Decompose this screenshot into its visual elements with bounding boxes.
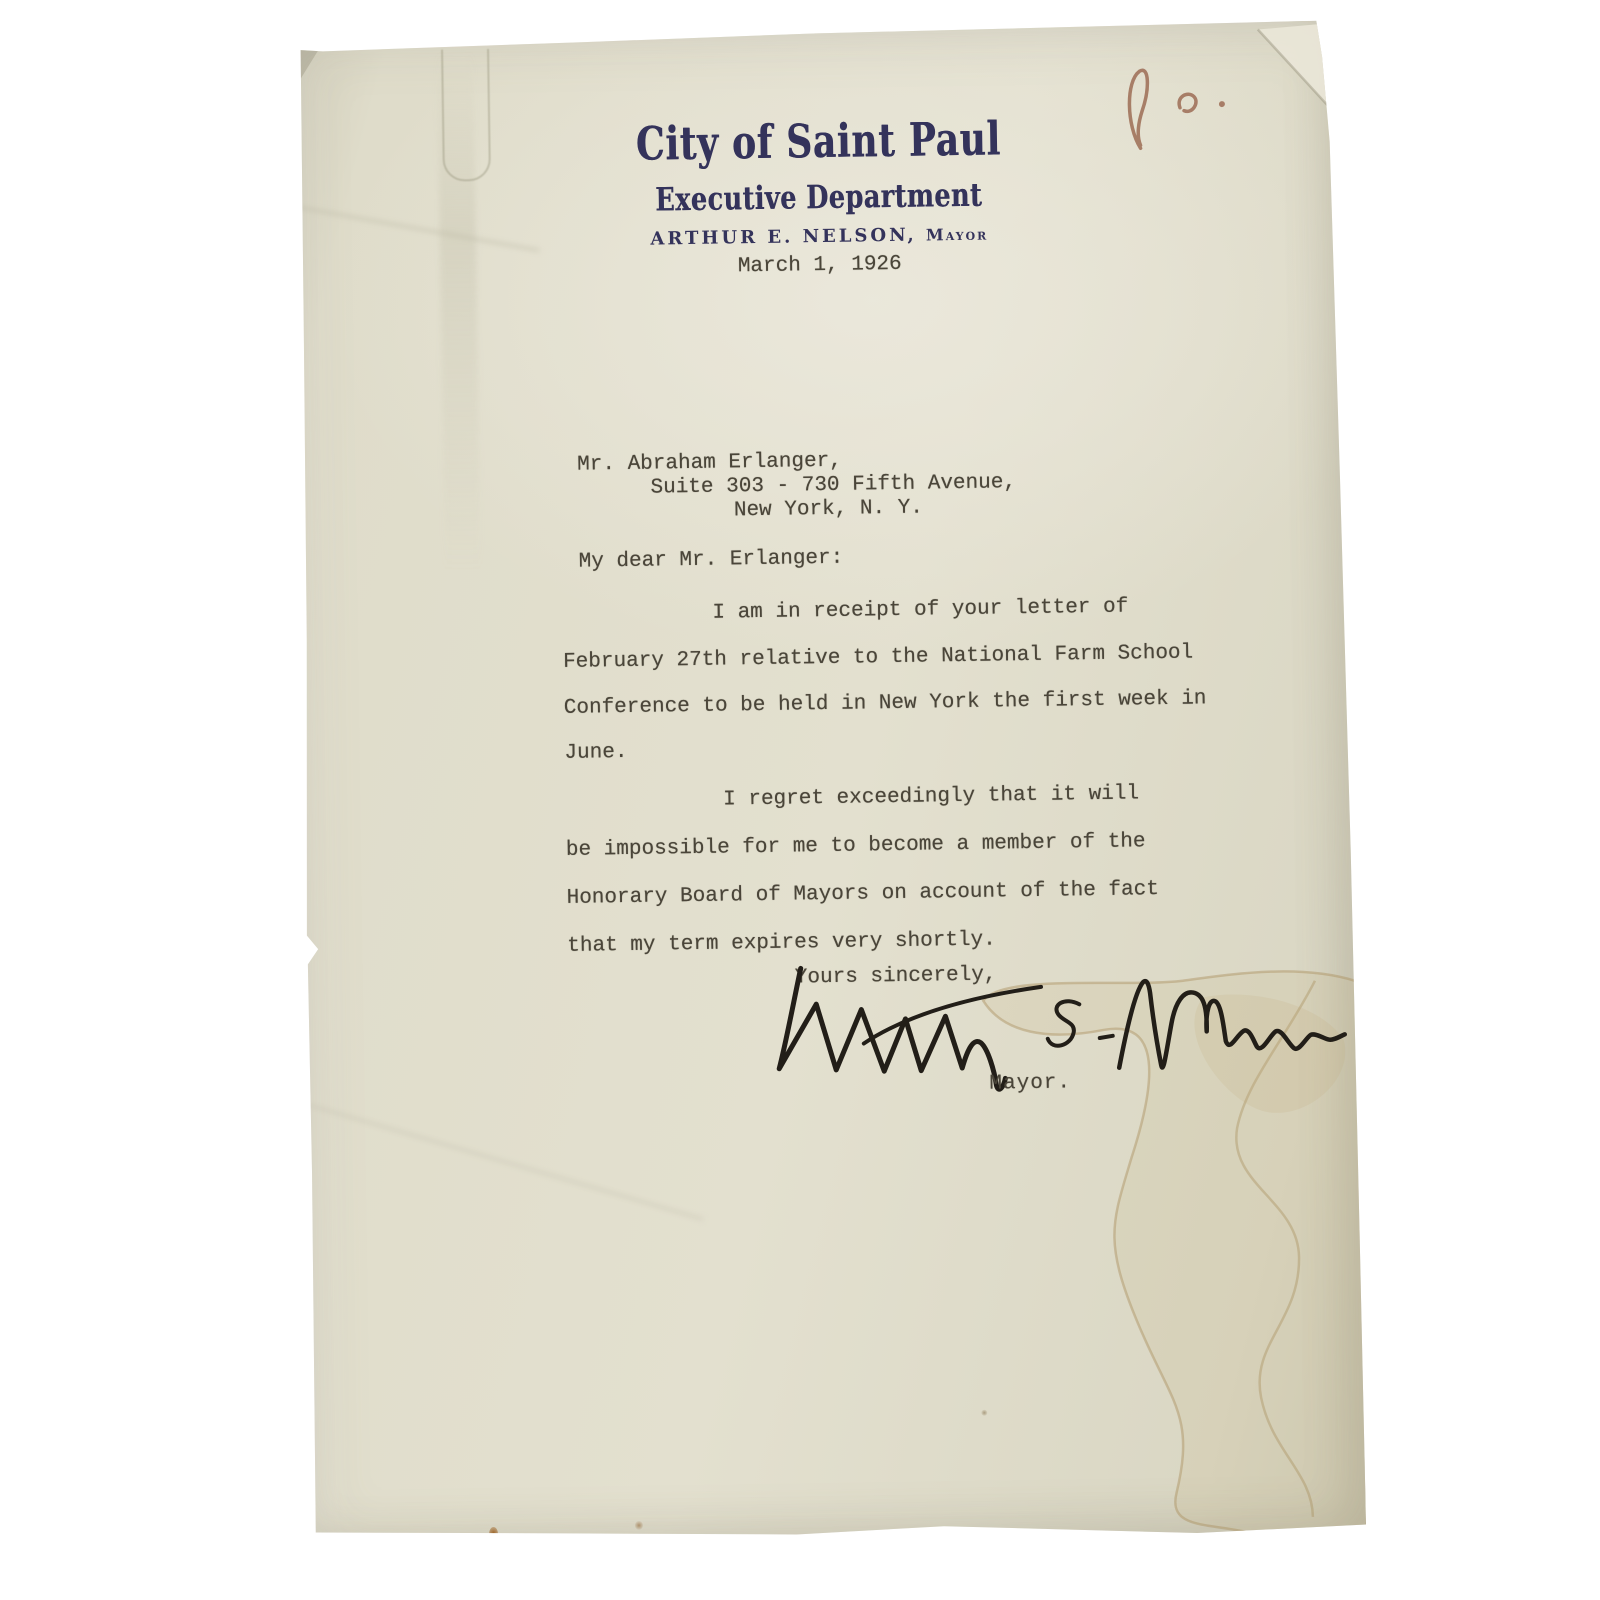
foxing-spot — [489, 1527, 498, 1541]
photo-background: City of Saint Paul Executive Department … — [0, 0, 1600, 1600]
salutation: My dear Mr. Erlanger: — [578, 547, 843, 574]
letterhead-officer-title: Mayor — [926, 225, 989, 245]
recipient-line-3: New York, N. Y. — [734, 497, 923, 523]
signed-title: Mayor. — [989, 1071, 1071, 1095]
letterhead-city-text: City of Saint Paul — [635, 111, 1001, 170]
body-para1-line4: June. — [564, 741, 627, 765]
foxing-spot — [635, 1521, 643, 1530]
letterhead-officer-name: Arthur E. Nelson, — [650, 225, 917, 250]
recipient-line-1: Mr. Abraham Erlanger, — [577, 450, 842, 477]
letterhead-department-text: Executive Department — [655, 176, 983, 219]
foxing-spot — [981, 1410, 987, 1416]
letter-paper: City of Saint Paul Executive Department … — [289, 20, 1366, 1550]
